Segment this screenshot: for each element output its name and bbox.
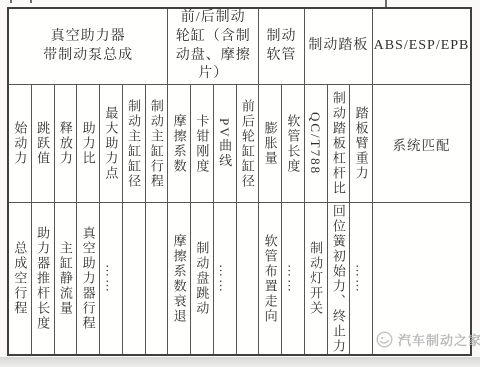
row3-cell: 摩擦系数衰退 [168,203,191,354]
header-booster: 真空助力器 带制动泵总成 [9,9,168,85]
header-hose-label: 制动 软管 [267,28,297,66]
param-label: 制动主缸行程 [150,99,163,189]
row3-cell: 回位簧初始力、终止力 [328,203,351,354]
row3-cell: 软管布置走向 [259,203,282,354]
row2-cell: 踏板臂重力 [350,85,373,203]
param-label: 始动力 [13,121,26,166]
header-booster-label: 真空助力器 带制动泵总成 [43,28,133,66]
param-label: 助力器推杆长度 [36,226,49,331]
brake-system-spec-table: 真空助力器 带制动泵总成 前/后制动 轮缸（含制 动盘、摩擦 片） 制动 软管 … [7,7,472,356]
scan-artifact-tick [30,0,32,3]
param-label: 制动盘跳动 [195,241,208,316]
param-label: 制动踏板杠杆比 [332,91,345,196]
header-wheel-cylinder-label: 前/后制动 轮缸（含制 动盘、摩擦 片） [176,9,251,84]
row2-cell-system-matching: 系统匹配 [373,85,470,203]
row3-cell: …… [282,203,305,354]
header-abs-esp-epb-label: ABS/ESP/EPB [374,37,470,56]
row2-cell: 卡钳刚度 [191,85,214,203]
row2-cell: 跳跃值 [32,85,55,203]
param-label: 踏板臂重力 [355,106,368,181]
param-label: QC/T788 [309,112,322,175]
row2-cell: 助力比 [77,85,100,203]
param-label: 摩擦系数衰退 [173,234,186,324]
row3-cell: 制动灯开关 [305,203,328,354]
param-label: 制动灯开关 [309,241,322,316]
row2-cell: 膨胀量 [259,85,282,203]
row3-cell: 主缸静流量 [55,203,78,354]
param-label: 助力比 [82,121,95,166]
row3-cell: 助力器推杆长度 [32,203,55,354]
row2-cell: 摩擦系数 [168,85,191,203]
param-label: 总成空行程 [13,241,26,316]
param-label: PV曲线 [218,118,231,169]
row2-cell: 制动踏板杠杆比 [328,85,351,203]
scan-edge-strip [0,357,480,367]
watermark-text: 汽车制动之家 [398,330,480,349]
param-label: 释放力 [59,121,72,166]
row2-cell: QC/T788 [305,85,328,203]
header-wheel-cylinder: 前/后制动 轮缸（含制 动盘、摩擦 片） [168,9,259,85]
param-label: 软管长度 [286,114,299,174]
car-brake-home-logo-icon [376,331,393,348]
param-label: 膨胀量 [264,121,277,166]
row3-cell [123,203,146,354]
row2-cell: 释放力 [55,85,78,203]
row3-cell: …… [350,203,373,354]
param-label: 跳跃值 [36,121,49,166]
row3-cell: …… [214,203,237,354]
param-label: 软管布置走向 [264,234,277,324]
row2-cell: PV曲线 [214,85,237,203]
header-pedal-label: 制动踏板 [308,37,368,56]
row2-cell: 前后轮缸缸径 [237,85,260,203]
row2-cell: 制动主缸缸径 [123,85,146,203]
row3-cell: 总成空行程 [9,203,32,354]
param-label: …… [286,264,299,294]
watermark: 汽车制动之家 [376,330,480,349]
row2-cell: 最大助力点 [100,85,123,203]
row3-cell: …… [100,203,123,354]
param-label: 系统匹配 [393,134,451,154]
header-pedal: 制动踏板 [305,9,373,85]
param-label: …… [104,264,117,294]
row2-cell: 制动主缸行程 [146,85,169,203]
row2-cell: 始动力 [9,85,32,203]
param-label: 卡钳刚度 [195,114,208,174]
row3-cell [146,203,169,354]
param-label: 最大助力点 [104,106,117,181]
param-label: 前后轮缸缸径 [241,99,254,189]
scan-artifact-tick [10,0,12,3]
row3-cell [237,203,260,354]
header-abs-esp-epb: ABS/ESP/EPB [373,9,470,85]
row3-cell: 制动盘跳动 [191,203,214,354]
param-label: 摩擦系数 [173,114,186,174]
param-label: 制动主缸缸径 [127,99,140,189]
header-hose: 制动 软管 [259,9,305,85]
param-label: 真空助力器行程 [82,226,95,331]
param-label: 主缸静流量 [59,241,72,316]
param-label: …… [218,264,231,294]
row2-cell: 软管长度 [282,85,305,203]
param-label: 回位簧初始力、终止力 [332,204,345,354]
row3-cell: 真空助力器行程 [77,203,100,354]
param-label: …… [355,264,368,294]
